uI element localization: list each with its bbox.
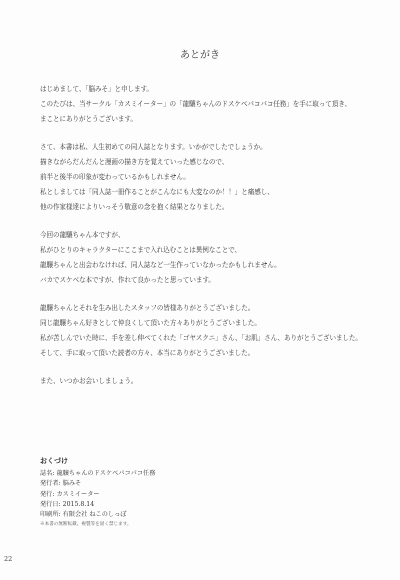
text-line: 私としましては「同人誌一冊作ることがこんなにも大変なのか！！」と痛感し、 bbox=[40, 185, 380, 200]
paragraph-farewell: また、いつかお会いしましょう。 bbox=[40, 374, 380, 389]
colophon-circle-row: 発行:カスミイーター bbox=[40, 490, 260, 500]
text-line: このたびは、当サークル「カスミイーター」の「龍驤ちゃんのドスケベパコパコ任務」を… bbox=[40, 97, 380, 112]
colophon-label: 発行: bbox=[40, 491, 54, 498]
colophon-label: 印刷所: bbox=[40, 511, 61, 518]
text-line: 私が苦しんでいた時に、手を差し伸べてくれた「ゴヤスクニ」さん、「お肌」さん、あり… bbox=[40, 331, 380, 346]
text-line: 他の作家様達によりいっそう敬意の念を抱く結果となりました。 bbox=[40, 200, 380, 215]
paragraph-first-doujinshi: さて、本書は私、人生初めての同人誌となります。いかがでしたでしょうか。 描きなが… bbox=[40, 140, 380, 215]
afterword-body: はじめまして、「脳みそ」と申します。 このたびは、当サークル「カスミイーター」の… bbox=[40, 82, 380, 402]
colophon-publisher-row: 発行者:脳みそ bbox=[40, 479, 260, 489]
colophon-value: 2015.8.14 bbox=[63, 501, 95, 508]
text-line: 龍驤ちゃんと出会わなければ、同人誌など一生作っていなかったかもしれません。 bbox=[40, 258, 380, 273]
text-line: 龍驤ちゃんとそれを生み出したスタッフの皆様ありがとうございました。 bbox=[40, 301, 380, 316]
text-line: 前半と後半の印象が変わっているかもしれません。 bbox=[40, 170, 380, 185]
colophon-value: カスミイーター bbox=[56, 491, 99, 498]
document-page: あとがき はじめまして、「脳みそ」と申します。 このたびは、当サークル「カスミイ… bbox=[0, 0, 400, 580]
text-line: 今回の龍驤ちゃん本ですが、 bbox=[40, 228, 380, 243]
paragraph-greeting: はじめまして、「脳みそ」と申します。 このたびは、当サークル「カスミイーター」の… bbox=[40, 82, 380, 127]
afterword-title: あとがき bbox=[0, 46, 400, 61]
colophon-printer-row: 印刷所:有限会社 ねこのしっぽ bbox=[40, 510, 260, 520]
colophon-value: 脳みそ bbox=[63, 480, 82, 487]
text-line: 同じ龍驤ちゃん好きとして仲良くして頂いた方々ありがとうございました。 bbox=[40, 316, 380, 331]
colophon-value: 龍驤ちゃんのドスケベパコパコ任務 bbox=[56, 470, 155, 477]
text-line: そして、手に取って頂いた読者の方々、本当にありがとうございました。 bbox=[40, 346, 380, 361]
text-line: はじめまして、「脳みそ」と申します。 bbox=[40, 82, 380, 97]
text-line: まことにありがとうございます。 bbox=[40, 112, 380, 127]
text-line: また、いつかお会いしましょう。 bbox=[40, 374, 380, 389]
text-line: バカでスケベな本ですが、作れて良かったと思っています。 bbox=[40, 273, 380, 288]
paragraph-thanks: 龍驤ちゃんとそれを生み出したスタッフの皆様ありがとうございました。 同じ龍驤ちゃ… bbox=[40, 301, 380, 361]
colophon: おくづけ 誌名:龍驤ちゃんのドスケベパコパコ任務 発行者:脳みそ 発行:カスミイ… bbox=[40, 456, 260, 529]
copyright-note: ※本書の無断転載、複製等を固く禁じます。 bbox=[40, 520, 260, 529]
colophon-title-row: 誌名:龍驤ちゃんのドスケベパコパコ任務 bbox=[40, 469, 260, 479]
paragraph-about-book: 今回の龍驤ちゃん本ですが、 私がひとりのキャラクターにここまで入れ込むことは異例… bbox=[40, 228, 380, 288]
colophon-date-row: 発行日:2015.8.14 bbox=[40, 500, 260, 510]
colophon-value: 有限会社 ねこのしっぽ bbox=[63, 511, 127, 518]
colophon-label: 発行者: bbox=[40, 480, 61, 487]
text-line: 私がひとりのキャラクターにここまで入れ込むことは異例なことで、 bbox=[40, 243, 380, 258]
colophon-heading: おくづけ bbox=[40, 456, 260, 466]
colophon-label: 発行日: bbox=[40, 501, 61, 508]
text-line: 描きながらだんだんと漫画の描き方を覚えていった感じなので、 bbox=[40, 155, 380, 170]
page-number: 22 bbox=[4, 555, 12, 563]
text-line: さて、本書は私、人生初めての同人誌となります。いかがでしたでしょうか。 bbox=[40, 140, 380, 155]
colophon-label: 誌名: bbox=[40, 470, 54, 477]
